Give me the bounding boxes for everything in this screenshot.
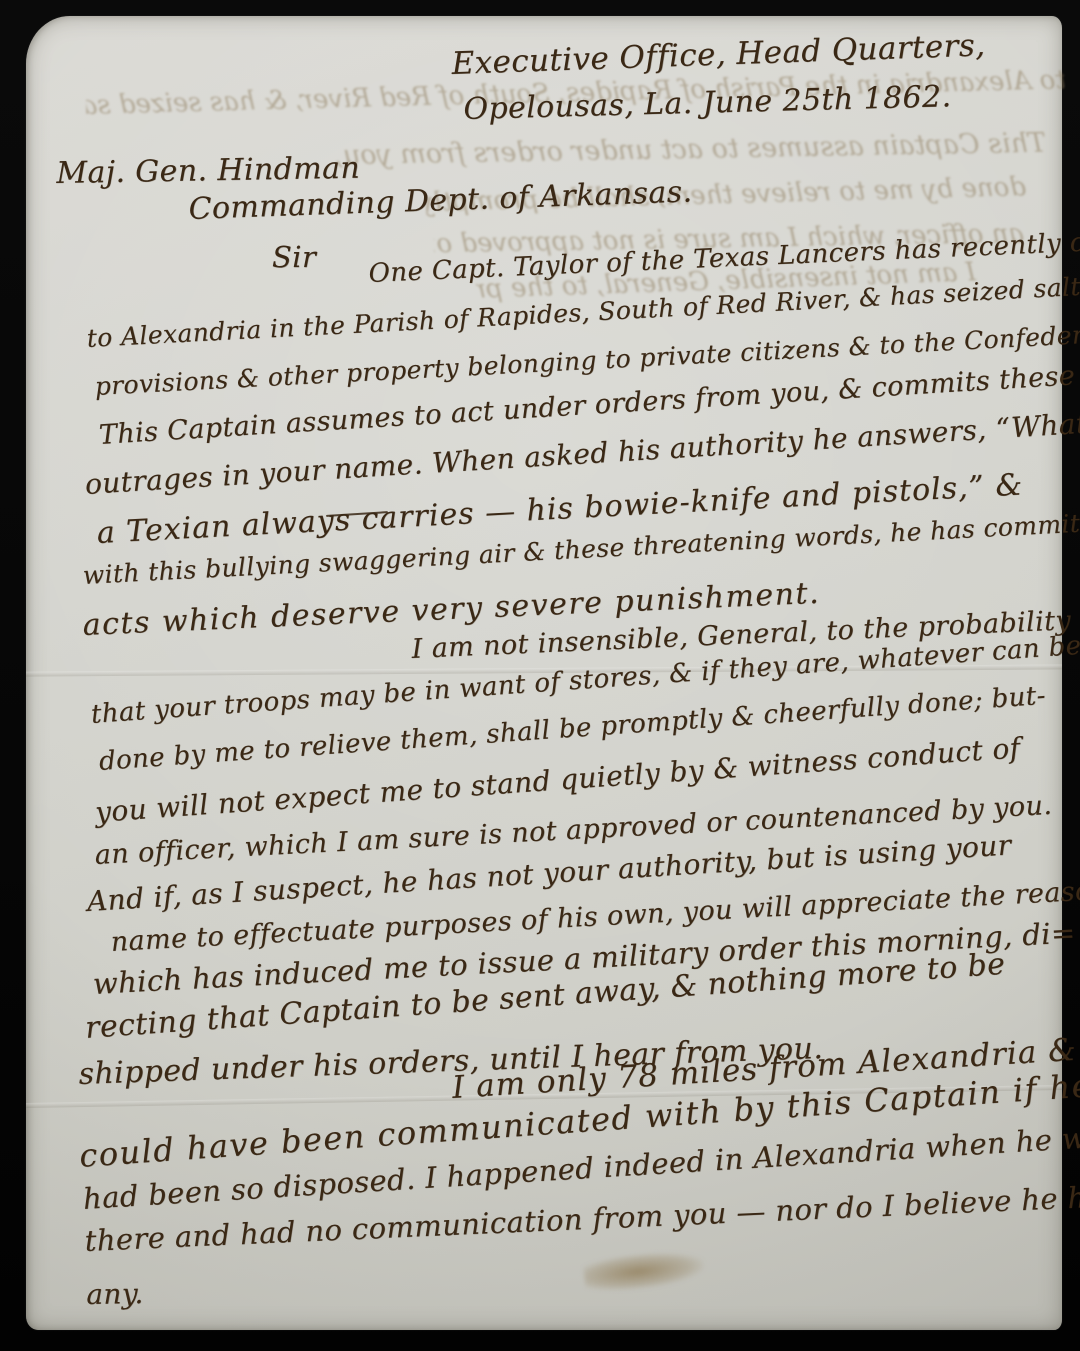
recipient-name-line: Maj. Gen. Hindman [56, 151, 360, 191]
bleedthrough-line: This Captain assumes to act under orders… [326, 128, 1046, 172]
photo-background: to Alexandria in the Parish of Rapides, … [0, 0, 1080, 1351]
salutation: Sir [272, 240, 316, 274]
letter-page: to Alexandria in the Parish of Rapides, … [26, 16, 1062, 1330]
ink-stain [583, 1248, 706, 1294]
body-line-23: any. [86, 1277, 144, 1311]
